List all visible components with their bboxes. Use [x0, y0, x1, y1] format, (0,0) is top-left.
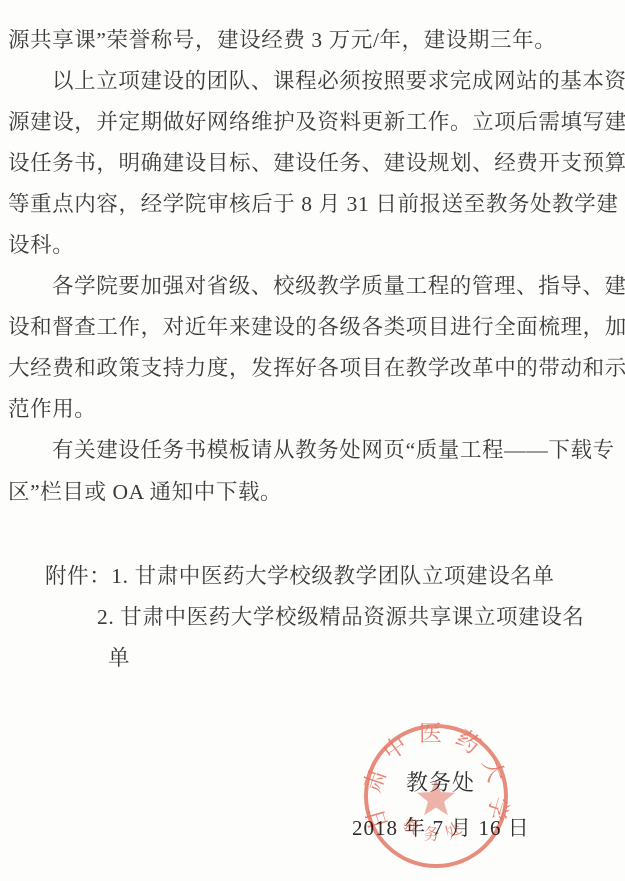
- document-page: 源共享课”荣誉称号，建设经费 3 万元/年，建设期三年。 以上立项建设的团队、课…: [0, 0, 625, 881]
- body-line-2: 以上立项建设的团队、课程必须按照要求完成网站的基本资: [52, 69, 625, 93]
- svg-text:甘肃中医药大学: 甘肃中医药大学: [361, 721, 511, 834]
- body-line-5: 等重点内容，经学院审核后于 8 月 31 日前报送至教务处教学建: [8, 192, 618, 216]
- body-line-7: 各学院要加强对省级、校级教学质量工程的管理、指导、建: [52, 274, 625, 298]
- body-line-1: 源共享课”荣誉称号，建设经费 3 万元/年，建设期三年。: [8, 28, 556, 52]
- body-line-10: 范作用。: [8, 397, 96, 421]
- body-line-6: 设科。: [8, 233, 74, 257]
- body-line-11: 有关建设任务书模板请从教务处网页“质量工程——下载专: [52, 438, 615, 462]
- attachment-line-1: 附件：1. 甘肃中医药大学校级教学团队立项建设名单: [45, 564, 555, 588]
- body-line-12: 区”栏目或 OA 通知中下载。: [8, 480, 282, 504]
- svg-text:教务处: 教务处: [399, 814, 472, 843]
- body-line-3: 源建设，并定期做好网络维护及资料更新工作。立项后需填写建: [8, 110, 625, 134]
- seal-graphic: 甘肃中医药大学 教务处: [361, 721, 511, 871]
- seal-bottom-text: 教务处: [399, 814, 472, 843]
- body-line-8: 设和督查工作，对近年来建设的各级各类项目进行全面梳理，加: [8, 315, 625, 339]
- seal-star-icon: [417, 779, 455, 815]
- attachment-line-3: 单: [108, 646, 130, 670]
- attachment-line-2: 2. 甘肃中医药大学校级精品资源共享课立项建设名: [97, 605, 584, 629]
- body-line-4: 设任务书，明确建设目标、建设任务、建设规划、经费开支预算: [8, 151, 625, 175]
- body-line-9: 大经费和政策支持力度，发挥好各项目在教学改革中的带动和示: [8, 356, 625, 380]
- seal-ring-text: 甘肃中医药大学: [361, 721, 511, 834]
- official-seal: 甘肃中医药大学 教务处: [361, 721, 511, 871]
